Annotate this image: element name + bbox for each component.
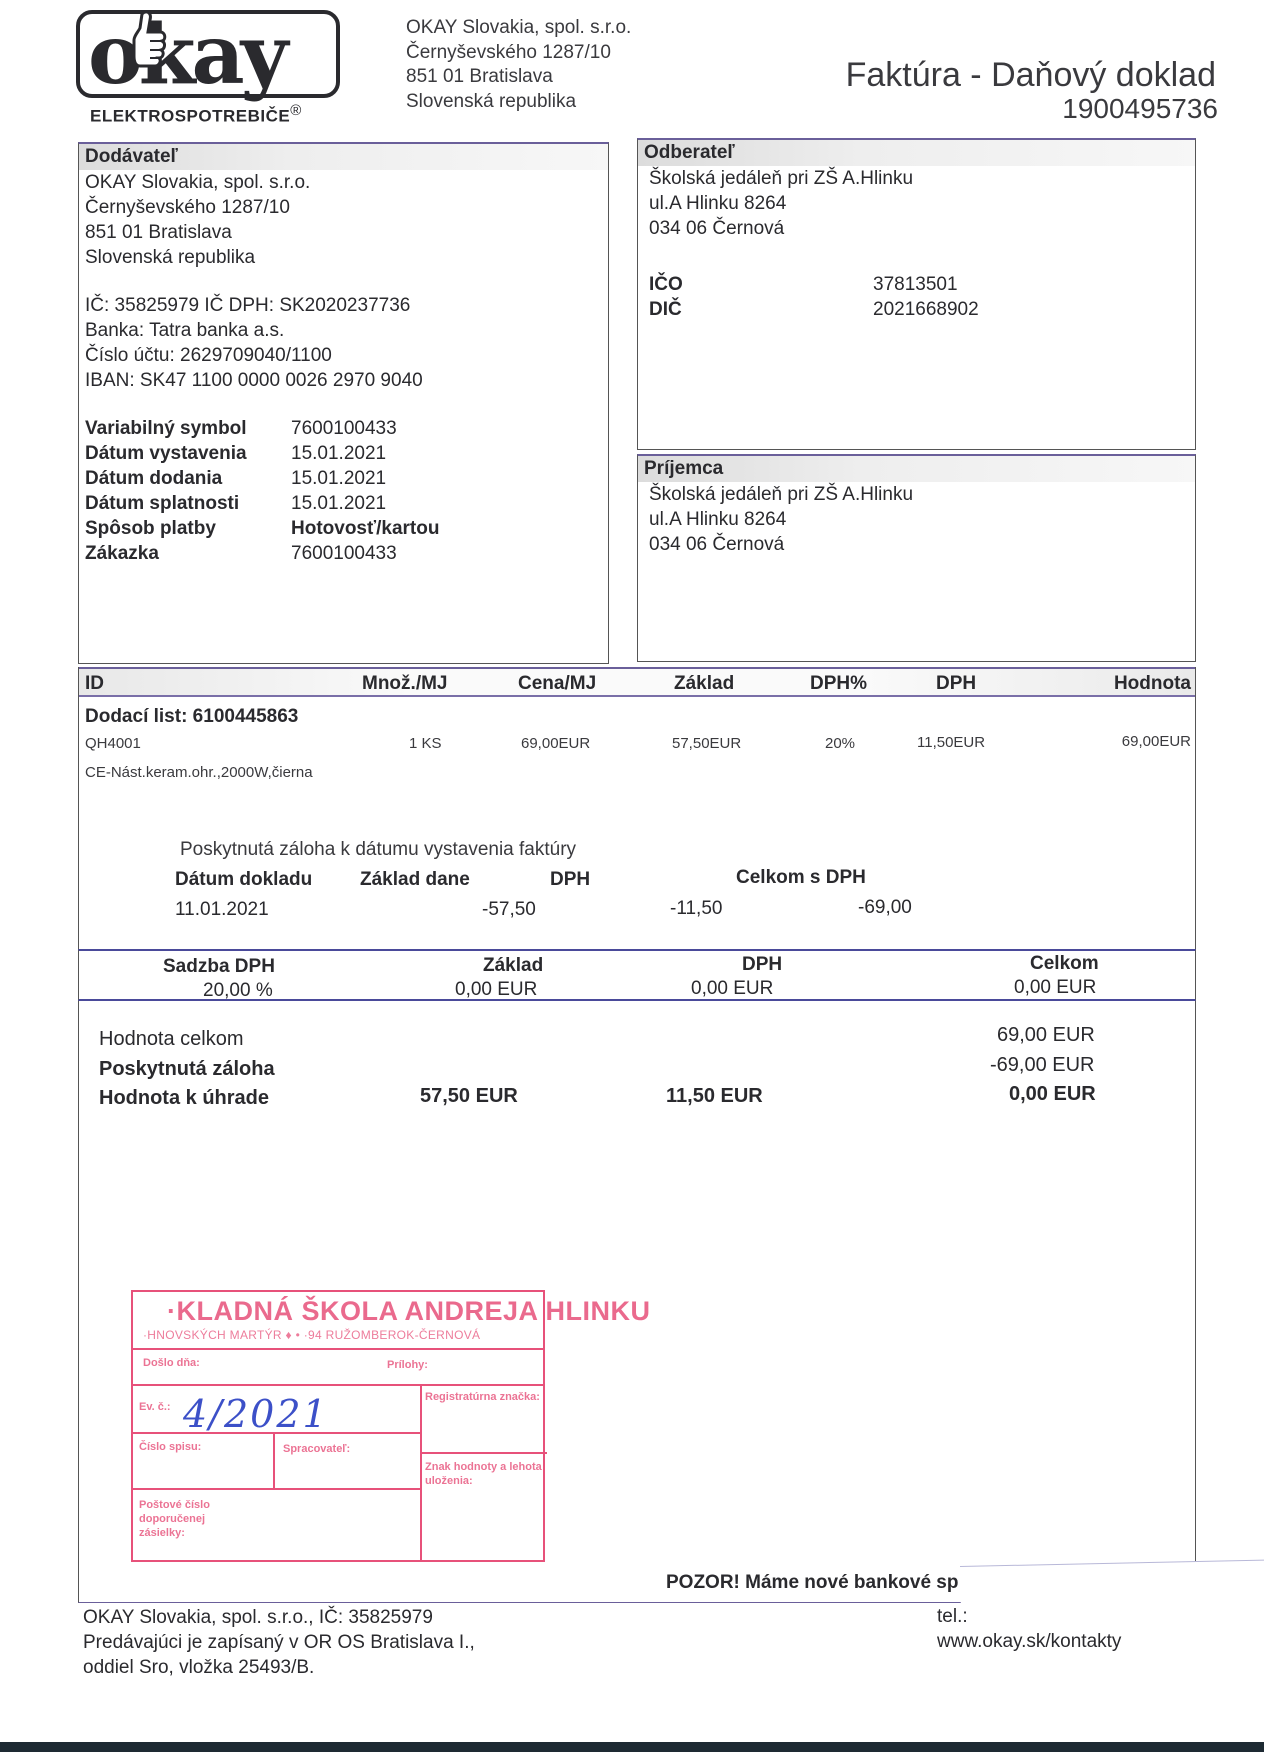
col-vat-pct: DPH% bbox=[810, 673, 867, 695]
col-id: ID bbox=[85, 673, 104, 695]
supplier-address: OKAY Slovakia, spol. s.r.o. Černyševskéh… bbox=[79, 170, 608, 270]
col-base: Základ bbox=[674, 673, 734, 695]
registry-stamp: ·KLADNÁ ŠKOLA ANDREJA HLINKU ·HNOVSKÝCH … bbox=[131, 1290, 545, 1562]
col-qty: Množ./MJ bbox=[362, 673, 448, 695]
stamp-title: ·KLADNÁ ŠKOLA ANDREJA HLINKU bbox=[167, 1296, 650, 1327]
scanner-edge bbox=[0, 1742, 1264, 1752]
vat-col-vat: DPH bbox=[742, 952, 782, 977]
ico-label: IČO bbox=[649, 272, 873, 297]
recipient-name: Školská jedáleň pri ZŠ A.Hlinku bbox=[649, 482, 1195, 507]
stamp-reg-no-label: Ev. č.: bbox=[139, 1400, 171, 1414]
item-base: 57,50EUR bbox=[672, 734, 741, 754]
items-header-row: ID Množ./MJ Cena/MJ Základ DPH% DPH Hodn… bbox=[79, 667, 1195, 697]
amount-due-label: Hodnota k úhrade bbox=[99, 1085, 269, 1111]
supplier-ic: IČ: 35825979 IČ DPH: SK2020237736 bbox=[85, 293, 608, 318]
supplier-title: Dodávateľ bbox=[79, 144, 608, 169]
vat-amount: 0,00 EUR bbox=[691, 976, 773, 1001]
buyer-box: Odberateľ Školská jedáleň pri ZŠ A.Hlink… bbox=[637, 138, 1196, 450]
footer-registry: Predávajúci je zapísaný v OR OS Bratisla… bbox=[83, 1630, 475, 1655]
vat-col-base: Základ bbox=[483, 953, 543, 978]
recipient-street: ul.A Hlinku 8264 bbox=[649, 507, 1195, 532]
item-id: QH4001 bbox=[85, 734, 141, 754]
supplier-bank: Banka: Tatra banka a.s. bbox=[85, 318, 608, 343]
supplier-box: Dodávateľ OKAY Slovakia, spol. s.r.o. Če… bbox=[78, 142, 609, 664]
vat-summary: Sadzba DPH Základ DPH Celkom 20,00 % 0,0… bbox=[78, 949, 1196, 1001]
order-number: 7600100433 bbox=[291, 541, 608, 566]
advance-vat: -11,50 bbox=[670, 896, 722, 921]
document-number: 1900495736 bbox=[1062, 94, 1218, 124]
total-label: Hodnota celkom bbox=[99, 1026, 244, 1052]
amount-due-value: 0,00 EUR bbox=[1009, 1081, 1096, 1107]
footer-company: OKAY Slovakia, spol. s.r.o., IČ: 3582597… bbox=[83, 1605, 475, 1680]
company-city: 851 01 Bratislava bbox=[406, 65, 631, 90]
handwritten-reg-number: 4/2021 bbox=[183, 1392, 329, 1436]
supplier-header: Dodávateľ bbox=[79, 144, 608, 170]
dic-label: DIČ bbox=[649, 297, 873, 322]
footer-company-name: OKAY Slovakia, spol. s.r.o., IČ: 3582597… bbox=[83, 1605, 475, 1630]
stamp-received-label: Došlo dňa: bbox=[143, 1356, 200, 1370]
advance-total: -69,00 bbox=[858, 895, 912, 920]
amount-due-vat: 11,50 EUR bbox=[666, 1083, 763, 1109]
recipient-city: 034 06 Černová bbox=[649, 532, 1195, 557]
advance-paid-label: Poskytnutá záloha bbox=[99, 1056, 275, 1082]
item-description: CE-Nást.keram.ohr.,2000W,čierna bbox=[85, 763, 313, 783]
advance-title: Poskytnutá záloha k dátumu vystavenia fa… bbox=[180, 837, 576, 862]
recipient-title: Príjemca bbox=[638, 456, 1195, 481]
stamp-retention-label: Znak hodnoty a lehota uloženia: bbox=[425, 1460, 543, 1488]
advance-date: 11.01.2021 bbox=[175, 897, 269, 922]
amount-due-base: 57,50 EUR bbox=[420, 1083, 518, 1109]
company-country: Slovenská republika bbox=[406, 90, 631, 115]
item-vat: 11,50EUR bbox=[917, 733, 985, 753]
detail-label: Spôsob platby bbox=[85, 516, 291, 541]
supplier-account: Číslo účtu: 2629709040/1100 bbox=[85, 343, 608, 368]
buyer-address: Školská jedáleň pri ZŠ A.Hlinku ul.A Hli… bbox=[638, 166, 1195, 241]
buyer-ids: IČO37813501 DIČ2021668902 bbox=[649, 272, 979, 322]
buyer-street: ul.A Hlinku 8264 bbox=[649, 191, 1195, 216]
stamp-postal-label: Poštové číslo doporučenej zásielky: bbox=[139, 1498, 229, 1540]
advance-base: -57,50 bbox=[482, 897, 536, 922]
footer-registry-entry: oddiel Sro, vložka 25493/B. bbox=[83, 1655, 475, 1680]
company-address-header: OKAY Slovakia, spol. s.r.o. Černyševskéh… bbox=[406, 16, 631, 114]
supplier-country: Slovenská republika bbox=[85, 245, 608, 270]
invoice-details: Variabilný symbol7600100433 Dátum vystav… bbox=[79, 416, 608, 566]
item-qty: 1 KS bbox=[409, 734, 442, 754]
issue-date: 15.01.2021 bbox=[291, 441, 608, 466]
logo-subtitle-text: ELEKTROSPOTREBIČE bbox=[90, 107, 290, 126]
footer-contact: tel.: www.okay.sk/kontakty bbox=[937, 1604, 1121, 1654]
item-unit-price: 69,00EUR bbox=[521, 734, 590, 754]
stamp-subtitle: ·HNOVSKÝCH MARTÝR ♦ • ·94 RUŽOMBEROK-ČER… bbox=[143, 1328, 480, 1342]
advance-col-total: Celkom s DPH bbox=[736, 865, 866, 890]
vat-col-total: Celkom bbox=[1030, 951, 1099, 976]
delivery-note: Dodací list: 6100445863 bbox=[85, 704, 298, 729]
table-row: QH4001 1 KS 69,00EUR 57,50EUR 20% 11,50E… bbox=[79, 730, 1195, 790]
detail-label: Dátum dodania bbox=[85, 466, 291, 491]
detail-label: Variabilný symbol bbox=[85, 416, 291, 441]
advance-paid-value: -69,00 EUR bbox=[990, 1052, 1095, 1078]
logo-subtitle: ELEKTROSPOTREBIČE® bbox=[90, 102, 302, 127]
bank-change-notice: POZOR! Máme nové bankové sp bbox=[666, 1572, 958, 1594]
buyer-name: Školská jedáleň pri ZŠ A.Hlinku bbox=[649, 166, 1195, 191]
col-value: Hodnota bbox=[1114, 673, 1191, 695]
items-table: ID Množ./MJ Cena/MJ Základ DPH% DPH Hodn… bbox=[78, 667, 1196, 949]
col-unit-price: Cena/MJ bbox=[518, 673, 596, 695]
footer-phone: tel.: bbox=[937, 1604, 1121, 1629]
buyer-title: Odberateľ bbox=[638, 140, 1195, 165]
advance-col-date: Dátum dokladu bbox=[175, 867, 312, 892]
thumbs-up-icon bbox=[128, 10, 168, 74]
company-name: OKAY Slovakia, spol. s.r.o. bbox=[406, 16, 631, 41]
detail-label: Dátum vystavenia bbox=[85, 441, 291, 466]
dic-value: 2021668902 bbox=[873, 297, 979, 322]
vat-total: 0,00 EUR bbox=[1014, 975, 1096, 1000]
item-value: 69,00EUR bbox=[1122, 732, 1191, 752]
company-street: Černyševského 1287/10 bbox=[406, 41, 631, 66]
ico-value: 37813501 bbox=[873, 272, 979, 297]
buyer-header: Odberateľ bbox=[638, 140, 1195, 166]
logo-wordmark: okay bbox=[88, 10, 284, 100]
supplier-city: 851 01 Bratislava bbox=[85, 220, 608, 245]
vat-col-rate: Sadzba DPH bbox=[163, 954, 275, 979]
registered-mark: ® bbox=[290, 102, 302, 119]
supplier-ids: IČ: 35825979 IČ DPH: SK2020237736 Banka:… bbox=[79, 293, 608, 393]
variable-symbol: 7600100433 bbox=[291, 416, 608, 441]
delivery-date: 15.01.2021 bbox=[291, 466, 608, 491]
advance-col-vat: DPH bbox=[550, 867, 590, 892]
stamp-attachments-label: Prílohy: bbox=[387, 1358, 428, 1372]
col-vat: DPH bbox=[936, 673, 976, 695]
footer-website[interactable]: www.okay.sk/kontakty bbox=[937, 1629, 1121, 1654]
advance-col-base: Základ dane bbox=[360, 867, 470, 892]
payment-method: Hotovosť/kartou bbox=[291, 516, 608, 541]
stamp-file-no-label: Číslo spisu: bbox=[139, 1440, 201, 1454]
stamp-reg-mark-label: Registratúrna značka: bbox=[425, 1390, 540, 1404]
total-value: 69,00 EUR bbox=[997, 1022, 1095, 1048]
recipient-box: Príjemca Školská jedáleň pri ZŠ A.Hlinku… bbox=[637, 454, 1196, 662]
vat-base: 0,00 EUR bbox=[455, 977, 537, 1002]
buyer-city: 034 06 Černová bbox=[649, 216, 1195, 241]
recipient-header: Príjemca bbox=[638, 456, 1195, 482]
stamp-processor-label: Spracovateľ: bbox=[283, 1442, 350, 1456]
supplier-name: OKAY Slovakia, spol. s.r.o. bbox=[85, 170, 608, 195]
recipient-address: Školská jedáleň pri ZŠ A.Hlinku ul.A Hli… bbox=[638, 482, 1195, 557]
detail-label: Zákazka bbox=[85, 541, 291, 566]
supplier-street: Černyševského 1287/10 bbox=[85, 195, 608, 220]
due-date: 15.01.2021 bbox=[291, 491, 608, 516]
detail-label: Dátum splatnosti bbox=[85, 491, 291, 516]
item-vat-pct: 20% bbox=[825, 734, 855, 754]
vat-rate: 20,00 % bbox=[203, 978, 273, 1003]
document-title: Faktúra - Daňový doklad bbox=[846, 56, 1216, 94]
supplier-iban: IBAN: SK47 1100 0000 0026 2970 9040 bbox=[85, 368, 608, 393]
